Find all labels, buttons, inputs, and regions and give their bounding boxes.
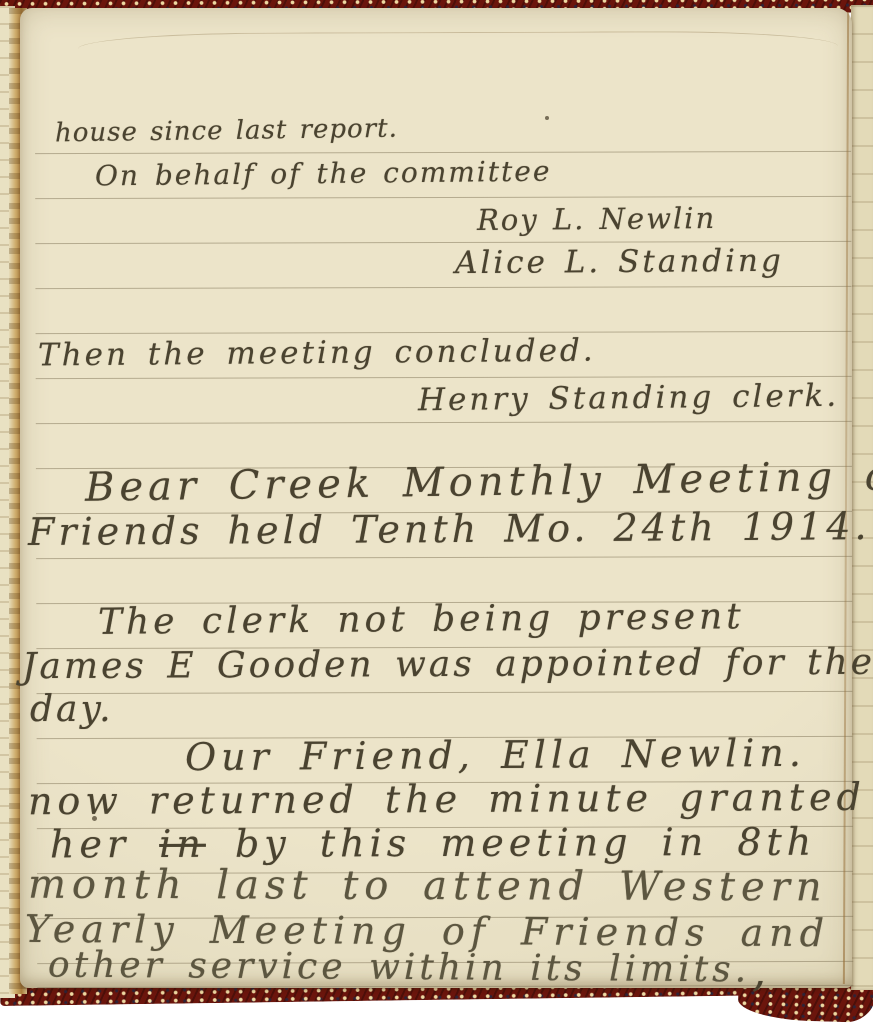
line-now-returned-minute: now returned the minute granted xyxy=(28,778,866,820)
heading-friends-held-date: Friends held Tenth Mo. 24th 1914. xyxy=(28,507,871,551)
heading-bear-creek-monthly-meeting: Bear Creek Monthly Meeting of xyxy=(85,456,873,508)
line-james-gooden-appointed: James E Gooden was appointed for the xyxy=(22,645,873,685)
stray-pen-mark: , xyxy=(752,950,766,994)
handwriting-layer: house since last report. On behalf of th… xyxy=(0,0,873,1023)
line-our-friend-ella-newlin: Our Friend, Ella Newlin. xyxy=(185,734,806,776)
signature-henry-standing-clerk: Henry Standing clerk. xyxy=(418,381,839,416)
line-on-behalf-of-committee: On behalf of the committee xyxy=(95,158,552,191)
struck-word: in xyxy=(159,822,206,866)
signature-roy-l-newlin: Roy L. Newlin xyxy=(477,204,716,235)
signature-alice-l-standing: Alice L. Standing xyxy=(455,246,784,279)
photographed-book-page: house since last report. On behalf of th… xyxy=(0,0,873,1023)
line-her-by-this-meeting: her in by this meeting in 8th xyxy=(50,823,816,864)
line-segment: by this meeting in 8th xyxy=(206,820,817,866)
line-day: day. xyxy=(30,692,114,728)
line-house-since-last-report: house since last report. xyxy=(55,116,398,147)
line-clerk-not-present: The clerk not being present xyxy=(98,599,745,641)
line-other-service-limits: other service within its limits. xyxy=(48,948,750,989)
line-month-last-attend-western: month last to attend Western xyxy=(28,865,828,908)
line-segment: her xyxy=(50,822,159,866)
line-meeting-concluded: Then the meeting concluded. xyxy=(38,336,596,372)
